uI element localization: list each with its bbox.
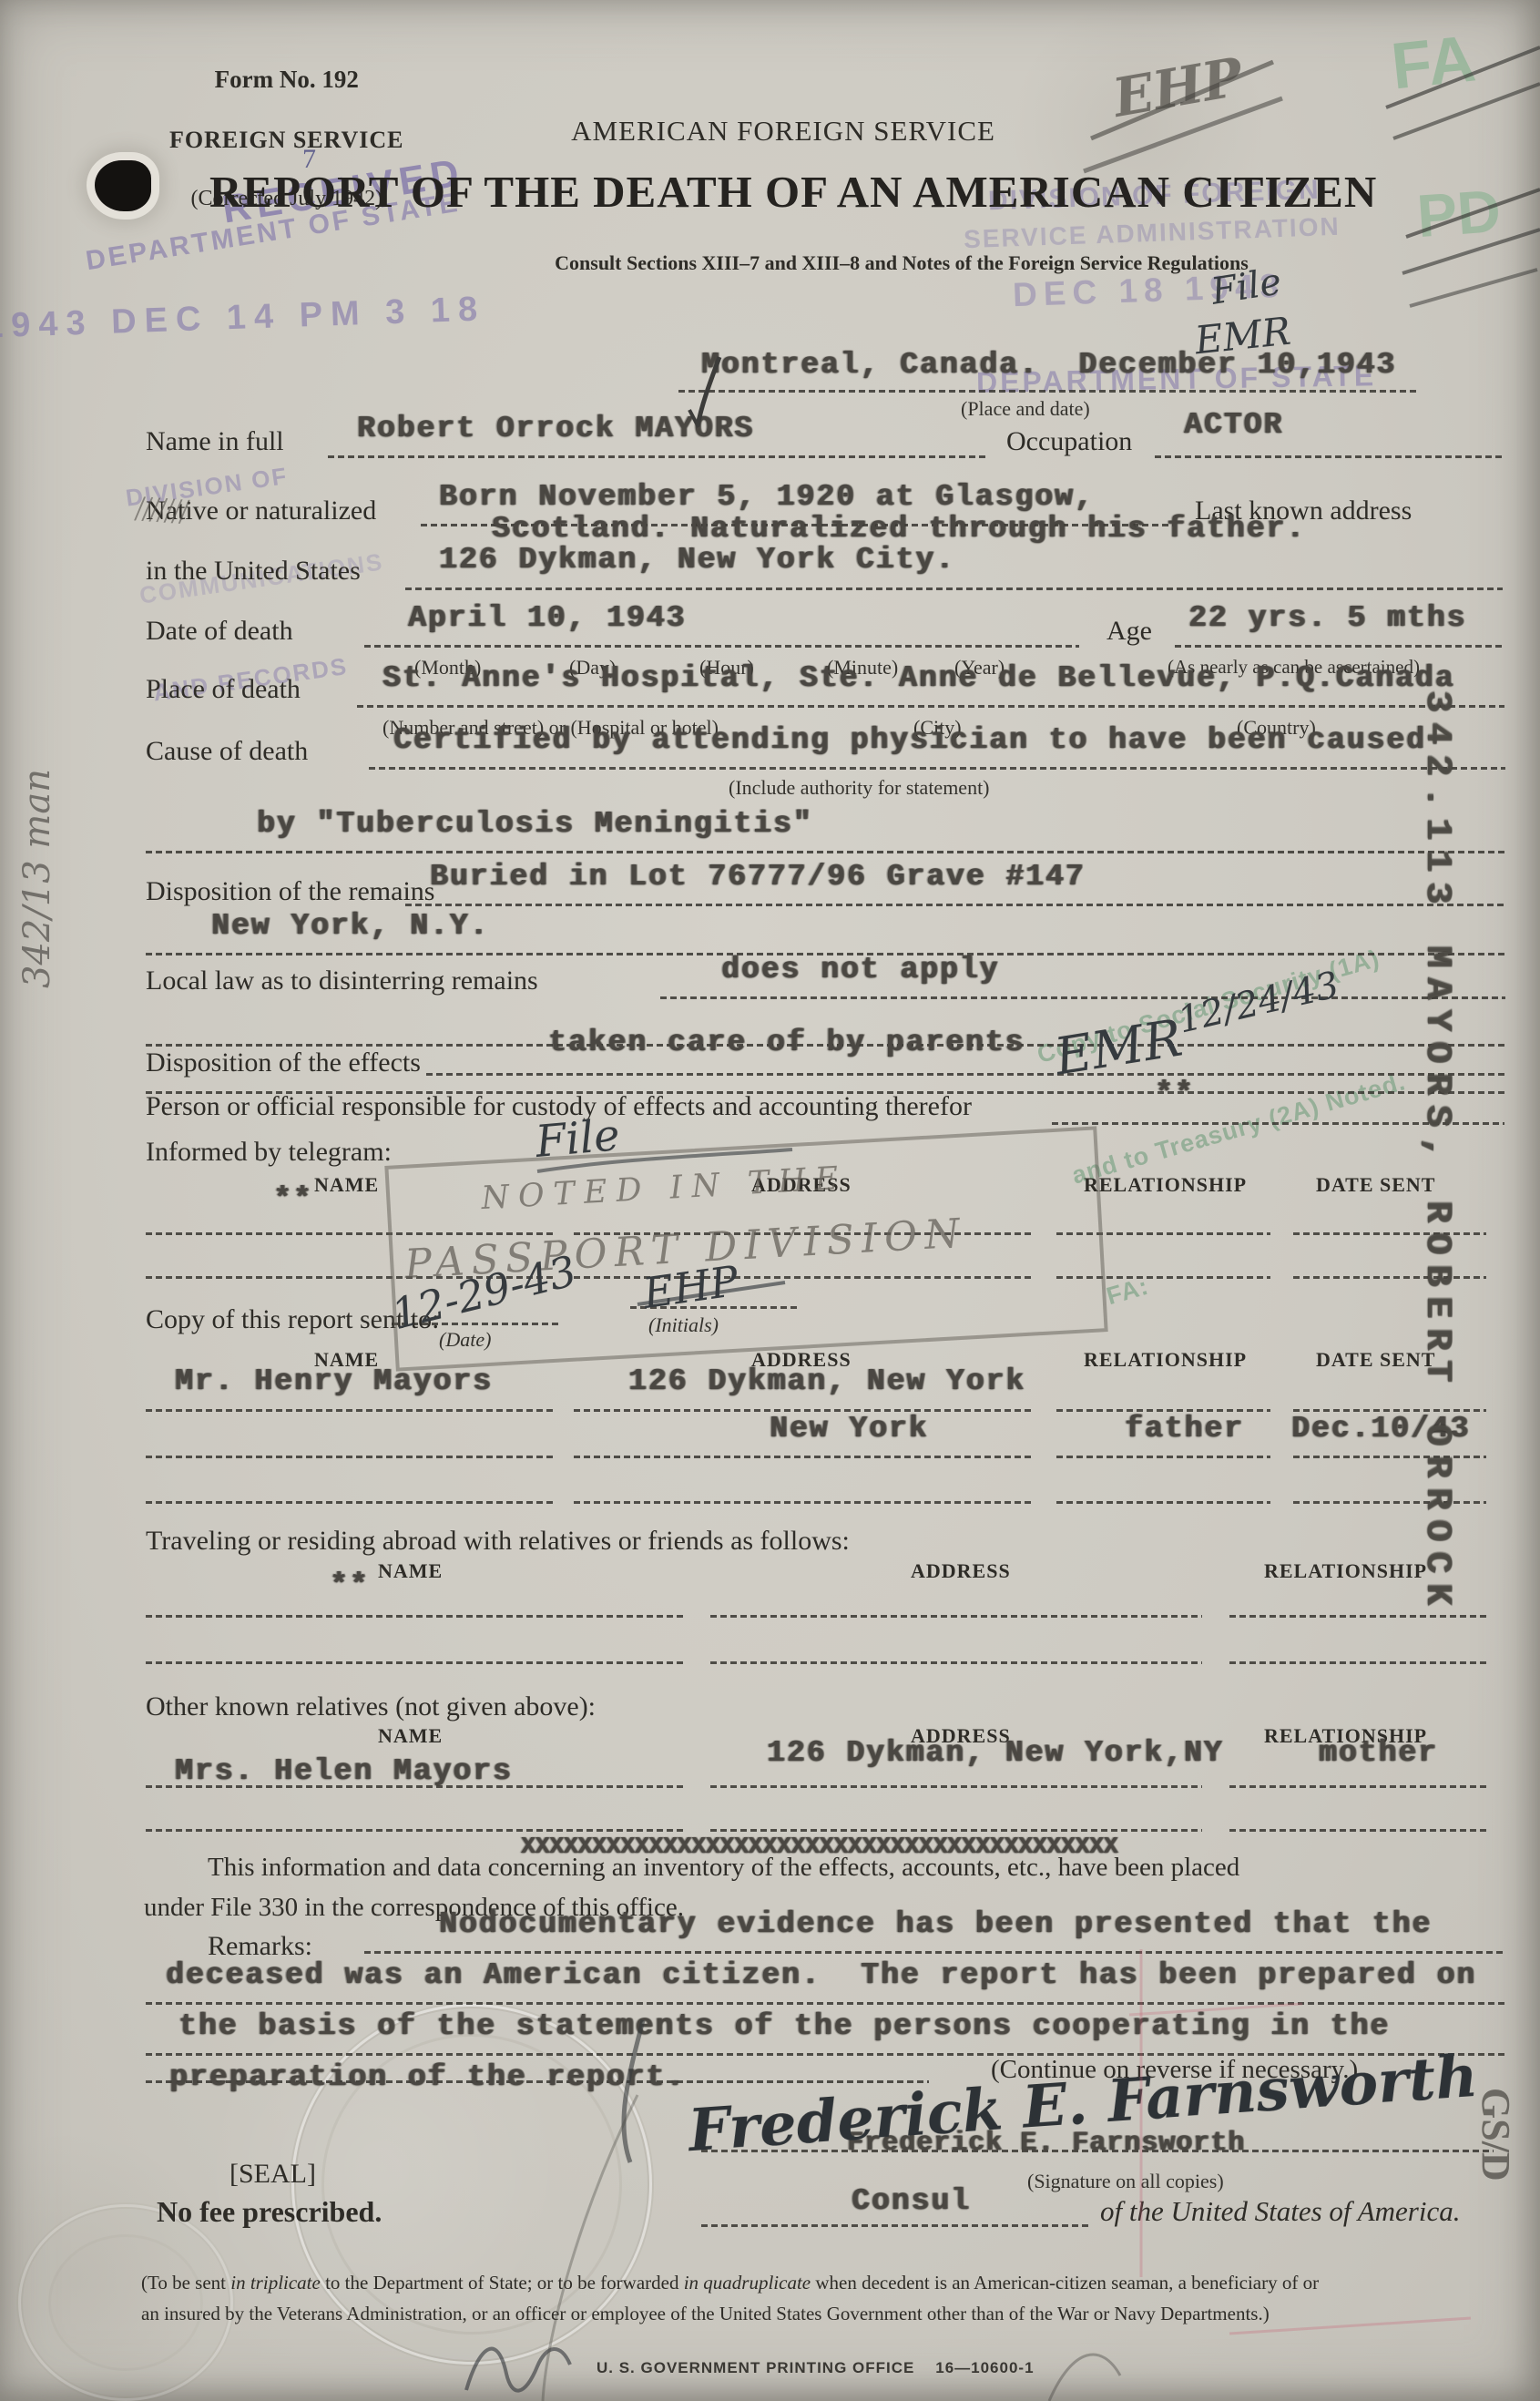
ehp-cross-1 — [1091, 62, 1273, 138]
file-underline — [537, 1149, 792, 1171]
pink-footer-mark — [1229, 2318, 1471, 2334]
death-report-form: Form No. 192 FOREIGN SERVICE (Corrected … — [0, 0, 1540, 2401]
bottom-right-curve — [1049, 2355, 1120, 2401]
fa-cross-1 — [1386, 47, 1540, 107]
bottom-ink-loops — [466, 2349, 570, 2391]
signature-flourish — [624, 2020, 643, 2162]
ehp-cross-2 — [1084, 98, 1282, 171]
punch-hole — [95, 160, 151, 211]
pink-horizontal-mark — [1129, 2004, 1302, 2015]
initials-strike — [637, 1282, 785, 1304]
fa-cross-2 — [1393, 84, 1540, 138]
pd-cross-2 — [1402, 230, 1540, 273]
check-mark — [698, 357, 719, 426]
pd-cross-3 — [1410, 270, 1537, 306]
scribble-layer — [0, 0, 1540, 2401]
pd-cross-1 — [1406, 189, 1540, 237]
